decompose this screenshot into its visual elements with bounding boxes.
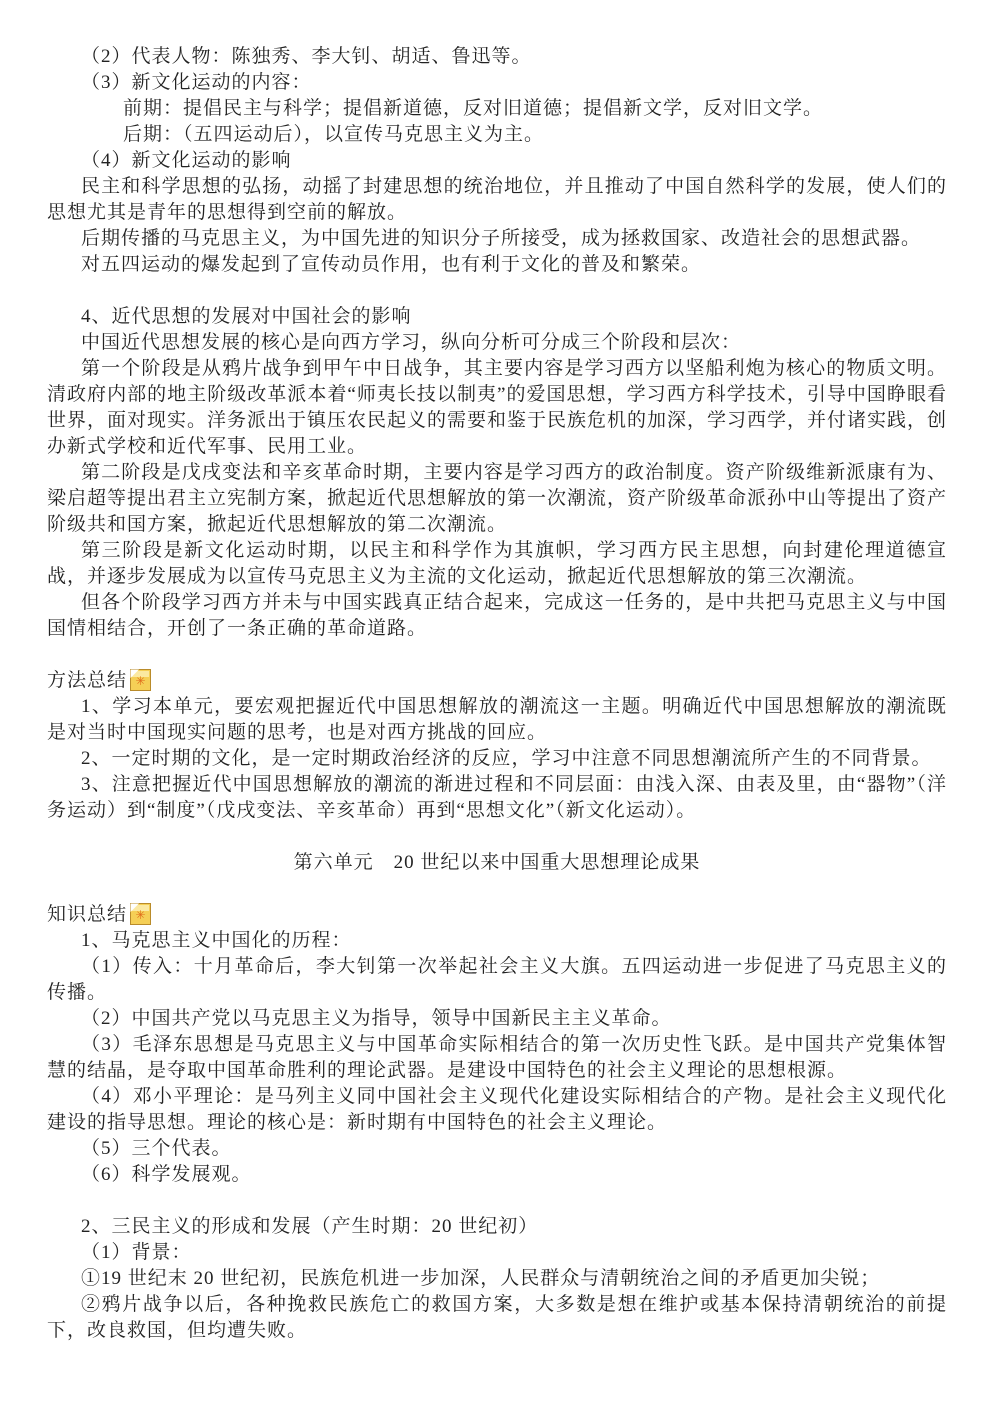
blank-line <box>47 1188 947 1214</box>
section-label-method-summary: 方法总结✳ <box>47 668 947 694</box>
doc-paragraph: （2）中国共产党以马克思主义为指导，领导中国新民主主义革命。 <box>47 1006 947 1032</box>
image-placeholder-icon: ✳ <box>130 902 151 925</box>
doc-paragraph: （1）传入：十月革命后，李大钊第一次举起社会主义大旗。五四运动进一步促进了马克思… <box>47 954 947 1006</box>
doc-paragraph: （2）代表人物：陈独秀、李大钊、胡适、鲁迅等。 <box>47 44 947 70</box>
blank-line <box>47 876 947 902</box>
doc-paragraph: （3）毛泽东思想是马克思主义与中国革命实际相结合的第一次历史性飞跃。是中国共产党… <box>47 1032 947 1084</box>
unit-heading: 第六单元 20 世纪以来中国重大思想理论成果 <box>47 850 947 876</box>
doc-paragraph: 后期：（五四运动后），以宣传马克思主义为主。 <box>47 122 947 148</box>
doc-paragraph: 3、注意把握近代中国思想解放的潮流的渐进过程和不同层面：由浅入深、由表及里，由“… <box>47 772 947 824</box>
section-label-knowledge-summary: 知识总结✳ <box>47 902 947 928</box>
doc-paragraph: 第一个阶段是从鸦片战争到甲午中日战争，其主要内容是学习西方以坚船利炮为核心的物质… <box>47 356 947 460</box>
doc-paragraph: ②鸦片战争以后，各种挽救民族危亡的救国方案，大多数是想在维护或基本保持清朝统治的… <box>47 1292 947 1344</box>
doc-paragraph: （1）背景： <box>47 1240 947 1266</box>
doc-paragraph: 4、近代思想的发展对中国社会的影响 <box>47 304 947 330</box>
doc-paragraph: 1、马克思主义中国化的历程： <box>47 928 947 954</box>
doc-paragraph: 1、学习本单元，要宏观把握近代中国思想解放的潮流这一主题。明确近代中国思想解放的… <box>47 694 947 746</box>
doc-paragraph: （6）科学发展观。 <box>47 1162 947 1188</box>
doc-paragraph: 但各个阶段学习西方并未与中国实践真正结合起来，完成这一任务的，是中共把马克思主义… <box>47 590 947 642</box>
document-page: （2）代表人物：陈独秀、李大钊、胡适、鲁迅等。 （3）新文化运动的内容： 前期：… <box>0 0 992 1403</box>
svg-text:✳: ✳ <box>135 908 145 922</box>
doc-paragraph: （4）邓小平理论：是马列主义同中国社会主义现代化建设实际相结合的产物。是社会主义… <box>47 1084 947 1136</box>
doc-paragraph: 第三阶段是新文化运动时期，以民主和科学作为其旗帜，学习西方民主思想，向封建伦理道… <box>47 538 947 590</box>
doc-paragraph: 中国近代思想发展的核心是向西方学习，纵向分析可分成三个阶段和层次： <box>47 330 947 356</box>
doc-paragraph: ①19 世纪末 20 世纪初，民族危机进一步加深，人民群众与清朝统治之间的矛盾更… <box>47 1266 947 1292</box>
blank-line <box>47 642 947 668</box>
doc-paragraph: 后期传播的马克思主义，为中国先进的知识分子所接受，成为拯救国家、改造社会的思想武… <box>47 226 947 252</box>
doc-paragraph: （3）新文化运动的内容： <box>47 70 947 96</box>
section-label-text: 方法总结 <box>47 670 127 691</box>
doc-paragraph: 对五四运动的爆发起到了宣传动员作用，也有利于文化的普及和繁荣。 <box>47 252 947 278</box>
blank-line <box>47 824 947 850</box>
image-placeholder-icon: ✳ <box>130 668 151 691</box>
blank-line <box>47 278 947 304</box>
doc-paragraph: 2、一定时期的文化，是一定时期政治经济的反应，学习中注意不同思想潮流所产生的不同… <box>47 746 947 772</box>
section-label-text: 知识总结 <box>47 904 127 925</box>
doc-paragraph: 第二阶段是戊戌变法和辛亥革命时期，主要内容是学习西方的政治制度。资产阶级维新派康… <box>47 460 947 538</box>
doc-paragraph: （4）新文化运动的影响 <box>47 148 947 174</box>
doc-paragraph: （5）三个代表。 <box>47 1136 947 1162</box>
doc-paragraph: 民主和科学思想的弘扬，动摇了封建思想的统治地位，并且推动了中国自然科学的发展，使… <box>47 174 947 226</box>
doc-paragraph: 2、三民主义的形成和发展（产生时期：20 世纪初） <box>47 1214 947 1240</box>
svg-text:✳: ✳ <box>135 674 145 688</box>
doc-paragraph: 前期：提倡民主与科学；提倡新道德，反对旧道德；提倡新文学，反对旧文学。 <box>47 96 947 122</box>
